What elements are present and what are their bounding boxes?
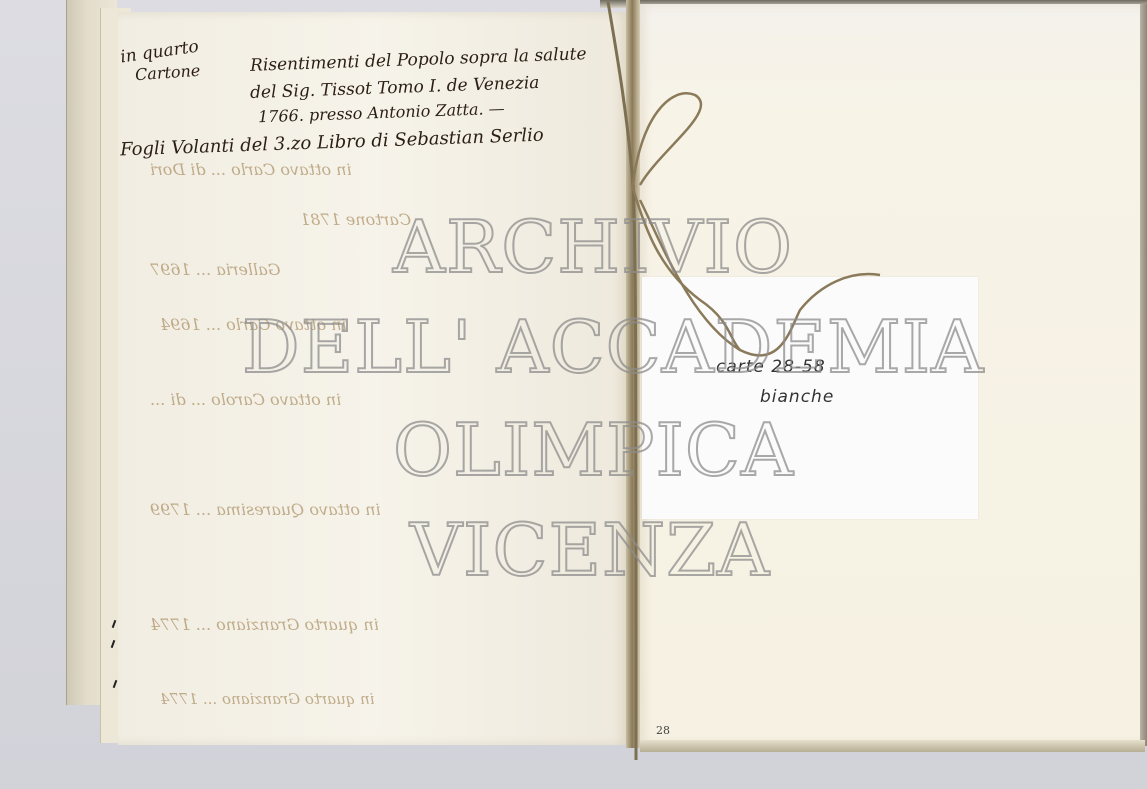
- binding-string: [0, 0, 1147, 789]
- page-number: 28: [656, 724, 670, 737]
